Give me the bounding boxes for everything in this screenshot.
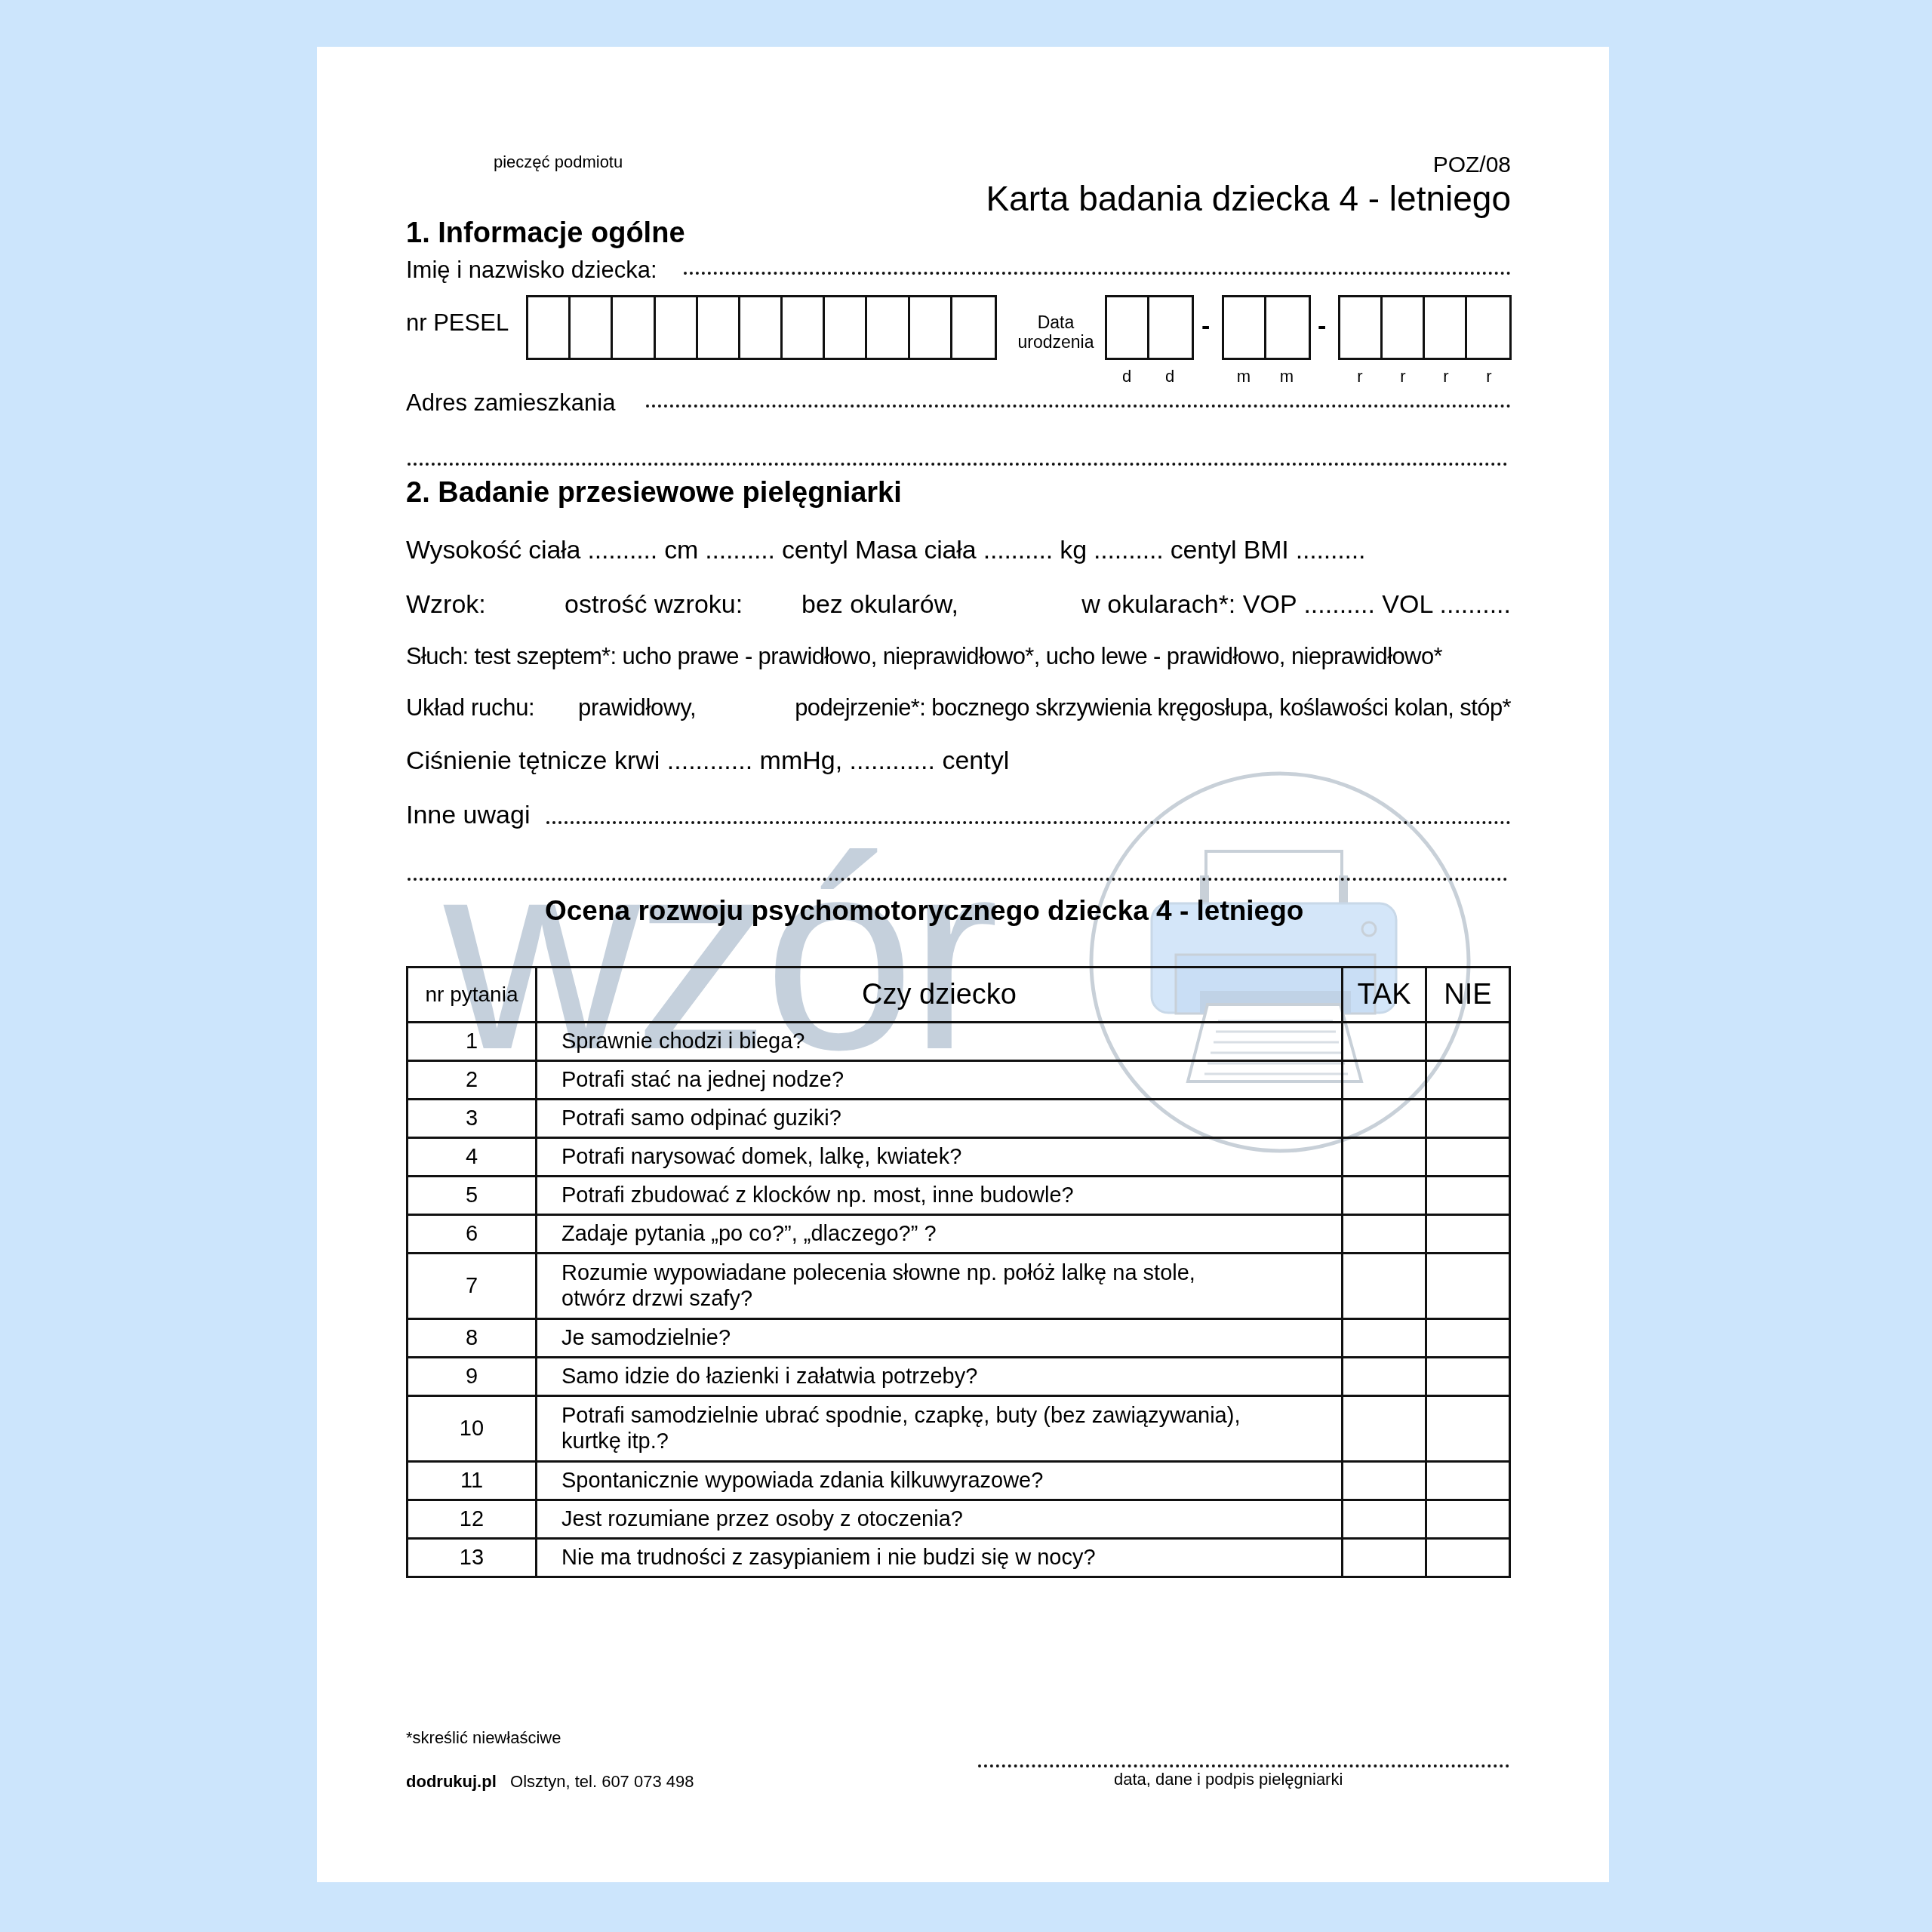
pesel-digit-box[interactable] — [952, 297, 995, 358]
assessment-title: Ocena rozwoju psychomotorycznego dziecka… — [545, 895, 1303, 927]
table-row: 7Rozumie wypowiadane polecenia słowne np… — [408, 1254, 1510, 1319]
pesel-digit-box[interactable] — [571, 297, 613, 358]
motor-suspicion[interactable]: podejrzenie*: bocznego skrzywienia kręgo… — [795, 694, 1511, 721]
motor-normal[interactable]: prawidłowy, — [578, 694, 696, 721]
answer-yes-cell[interactable] — [1343, 1100, 1426, 1138]
question-text-line1: Spontanicznie wypowiada zdania kilkuwyra… — [561, 1468, 1341, 1494]
birth-date-label-line1: Data — [1008, 312, 1103, 332]
table-row: 11Spontanicznie wypowiada zdania kilkuwy… — [408, 1462, 1510, 1500]
question-text-line2: otwórz drzwi szafy? — [561, 1286, 1341, 1312]
pesel-digit-box[interactable] — [613, 297, 655, 358]
date-label-r4: r — [1474, 367, 1504, 386]
table-row: 3Potrafi samo odpinać guziki? — [408, 1100, 1510, 1138]
stamp-label: pieczęć podmiotu — [494, 152, 623, 172]
vision-label: Wzrok: — [406, 590, 486, 620]
question-number: 3 — [408, 1100, 537, 1138]
question-number: 7 — [408, 1254, 537, 1319]
section1-heading: 1. Informacje ogólne — [406, 217, 685, 250]
table-row: 13Nie ma trudności z zasypianiem i nie b… — [408, 1539, 1510, 1577]
question-text: Zadaje pytania „po co?”, „dlaczego?” ? — [537, 1215, 1343, 1254]
answer-no-cell[interactable] — [1426, 1358, 1510, 1396]
question-text: Rozumie wypowiadane polecenia słowne np.… — [537, 1254, 1343, 1319]
pesel-digit-box[interactable] — [783, 297, 825, 358]
question-number: 5 — [408, 1177, 537, 1215]
question-text-line1: Sprawnie chodzi i biega? — [561, 1029, 1341, 1054]
question-text: Potrafi samo odpinać guziki? — [537, 1100, 1343, 1138]
signature-field[interactable] — [978, 1764, 1509, 1767]
table-row: 8Je samodzielnie? — [408, 1319, 1510, 1358]
answer-no-cell[interactable] — [1426, 1023, 1510, 1061]
answer-no-cell[interactable] — [1426, 1462, 1510, 1500]
signature-label: data, dane i podpis pielęgniarki — [1114, 1770, 1343, 1789]
question-text: Jest rozumiane przez osoby z otoczenia? — [537, 1500, 1343, 1539]
pesel-field[interactable] — [526, 295, 997, 360]
table-row: 9Samo idzie do łazienki i załatwia potrz… — [408, 1358, 1510, 1396]
table-row: 6Zadaje pytania „po co?”, „dlaczego?” ? — [408, 1215, 1510, 1254]
publisher-info: dodrukuj.pl Olsztyn, tel. 607 073 498 — [406, 1772, 694, 1792]
column-nr: nr pytania — [408, 968, 537, 1023]
footnote: *skreślić niewłaściwe — [406, 1728, 561, 1748]
table-row: 2Potrafi stać na jednej nodze? — [408, 1061, 1510, 1100]
question-number: 2 — [408, 1061, 537, 1100]
date-label-r3: r — [1431, 367, 1461, 386]
question-text: Potrafi stać na jednej nodze? — [537, 1061, 1343, 1100]
pesel-digit-box[interactable] — [910, 297, 952, 358]
publisher-brand: dodrukuj.pl — [406, 1772, 497, 1791]
date-separator-1: - — [1201, 312, 1210, 341]
answer-yes-cell[interactable] — [1343, 1061, 1426, 1100]
pesel-digit-box[interactable] — [740, 297, 783, 358]
birth-day-field[interactable] — [1105, 295, 1194, 360]
question-text: Potrafi zbudować z klocków np. most, inn… — [537, 1177, 1343, 1215]
answer-yes-cell[interactable] — [1343, 1177, 1426, 1215]
answer-no-cell[interactable] — [1426, 1061, 1510, 1100]
question-number: 1 — [408, 1023, 537, 1061]
column-yes: TAK — [1343, 968, 1426, 1023]
question-text: Potrafi narysować domek, lalkę, kwiatek? — [537, 1138, 1343, 1177]
page-title: Karta badania dziecka 4 - letniego — [986, 178, 1511, 219]
blood-pressure-line[interactable]: Ciśnienie tętnicze krwi ............ mmH… — [406, 746, 1009, 776]
question-text-line1: Potrafi zbudować z klocków np. most, inn… — [561, 1183, 1341, 1208]
notes-field-line2[interactable] — [408, 878, 1508, 881]
answer-no-cell[interactable] — [1426, 1215, 1510, 1254]
birth-year-field[interactable] — [1338, 295, 1512, 360]
question-text: Je samodzielnie? — [537, 1319, 1343, 1358]
section2-heading: 2. Badanie przesiewowe pielęgniarki — [406, 477, 902, 509]
date-label-d1: d — [1112, 367, 1142, 386]
pesel-label: nr PESEL — [406, 309, 509, 337]
vision-acuity: ostrość wzroku: — [565, 590, 743, 620]
table-row: 5Potrafi zbudować z klocków np. most, in… — [408, 1177, 1510, 1215]
question-number: 9 — [408, 1358, 537, 1396]
answer-no-cell[interactable] — [1426, 1254, 1510, 1319]
date-label-r2: r — [1388, 367, 1418, 386]
birth-month-field[interactable] — [1222, 295, 1311, 360]
question-text-line1: Je samodzielnie? — [561, 1325, 1341, 1351]
answer-yes-cell[interactable] — [1343, 1254, 1426, 1319]
table-row: 1Sprawnie chodzi i biega? — [408, 1023, 1510, 1061]
address-label: Adres zamieszkania — [406, 389, 615, 417]
notes-label: Inne uwagi — [406, 801, 530, 830]
pesel-digit-box[interactable] — [867, 297, 909, 358]
question-text-line1: Samo idzie do łazienki i załatwia potrze… — [561, 1364, 1341, 1389]
answer-yes-cell[interactable] — [1343, 1023, 1426, 1061]
question-text-line1: Nie ma trudności z zasypianiem i nie bud… — [561, 1545, 1341, 1571]
question-text-line1: Zadaje pytania „po co?”, „dlaczego?” ? — [561, 1221, 1341, 1247]
question-number: 12 — [408, 1500, 537, 1539]
question-text: Spontanicznie wypowiada zdania kilkuwyra… — [537, 1462, 1343, 1500]
date-label-d2: d — [1155, 367, 1185, 386]
answer-yes-cell[interactable] — [1343, 1396, 1426, 1462]
table-row: 12Jest rozumiane przez osoby z otoczenia… — [408, 1500, 1510, 1539]
answer-no-cell[interactable] — [1426, 1177, 1510, 1215]
answer-no-cell[interactable] — [1426, 1539, 1510, 1577]
answer-no-cell[interactable] — [1426, 1500, 1510, 1539]
question-text: Samo idzie do łazienki i załatwia potrze… — [537, 1358, 1343, 1396]
answer-no-cell[interactable] — [1426, 1138, 1510, 1177]
question-text-line1: Jest rozumiane przez osoby z otoczenia? — [561, 1506, 1341, 1532]
answer-no-cell[interactable] — [1426, 1396, 1510, 1462]
question-text-line1: Potrafi stać na jednej nodze? — [561, 1067, 1341, 1093]
address-field-line2[interactable] — [408, 463, 1508, 466]
answer-yes-cell[interactable] — [1343, 1138, 1426, 1177]
table-row: 10Potrafi samodzielnie ubrać spodnie, cz… — [408, 1396, 1510, 1462]
table-row: 4Potrafi narysować domek, lalkę, kwiatek… — [408, 1138, 1510, 1177]
answer-yes-cell[interactable] — [1343, 1500, 1426, 1539]
question-text-line1: Potrafi narysować domek, lalkę, kwiatek? — [561, 1144, 1341, 1170]
body-measurements-line[interactable]: Wysokość ciała .......... cm .......... … — [406, 536, 1365, 565]
answer-yes-cell[interactable] — [1343, 1215, 1426, 1254]
question-text-line2: kurtkę itp.? — [561, 1429, 1341, 1454]
question-number: 8 — [408, 1319, 537, 1358]
vision-without-glasses[interactable]: bez okularów, — [801, 590, 958, 620]
question-number: 13 — [408, 1539, 537, 1577]
question-text: Potrafi samodzielnie ubrać spodnie, czap… — [537, 1396, 1343, 1462]
motor-label: Układ ruchu: — [406, 694, 534, 721]
date-label-m1: m — [1229, 367, 1259, 386]
pesel-digit-box[interactable] — [656, 297, 698, 358]
question-text: Nie ma trudności z zasypianiem i nie bud… — [537, 1539, 1343, 1577]
answer-yes-cell[interactable] — [1343, 1319, 1426, 1358]
vision-with-glasses[interactable]: w okularach*: VOP .......... VOL .......… — [1081, 590, 1511, 620]
address-field-line1[interactable] — [646, 405, 1511, 408]
column-no: NIE — [1426, 968, 1510, 1023]
answer-no-cell[interactable] — [1426, 1100, 1510, 1138]
question-text-line1: Rozumie wypowiadane polecenia słowne np.… — [561, 1260, 1341, 1286]
birth-date-label: Data urodzenia — [1008, 312, 1103, 352]
pesel-digit-box[interactable] — [698, 297, 740, 358]
column-question: Czy dziecko — [537, 968, 1343, 1023]
question-text-line1: Potrafi samo odpinać guziki? — [561, 1106, 1341, 1131]
question-text-line1: Potrafi samodzielnie ubrać spodnie, czap… — [561, 1403, 1341, 1429]
hearing-line[interactable]: Słuch: test szeptem*: ucho prawe - prawi… — [406, 643, 1442, 670]
answer-yes-cell[interactable] — [1343, 1539, 1426, 1577]
question-number: 4 — [408, 1138, 537, 1177]
assessment-table: nr pytania Czy dziecko TAK NIE 1Sprawnie… — [406, 966, 1511, 1578]
child-name-label: Imię i nazwisko dziecka: — [406, 257, 657, 284]
question-number: 6 — [408, 1215, 537, 1254]
question-number: 10 — [408, 1396, 537, 1462]
child-name-field[interactable] — [684, 272, 1511, 275]
pesel-digit-box[interactable] — [825, 297, 867, 358]
answer-no-cell[interactable] — [1426, 1319, 1510, 1358]
date-separator-2: - — [1318, 312, 1326, 341]
date-label-r1: r — [1345, 367, 1375, 386]
question-number: 11 — [408, 1462, 537, 1500]
question-text: Sprawnie chodzi i biega? — [537, 1023, 1343, 1061]
form-code: POZ/08 — [1433, 152, 1511, 178]
birth-date-label-line2: urodzenia — [1008, 332, 1103, 352]
publisher-contact: Olsztyn, tel. 607 073 498 — [510, 1772, 694, 1791]
table-header-row: nr pytania Czy dziecko TAK NIE — [408, 968, 1510, 1023]
date-label-m2: m — [1272, 367, 1302, 386]
answer-yes-cell[interactable] — [1343, 1358, 1426, 1396]
answer-yes-cell[interactable] — [1343, 1462, 1426, 1500]
notes-field-line1[interactable] — [546, 821, 1511, 824]
pesel-digit-box[interactable] — [528, 297, 571, 358]
